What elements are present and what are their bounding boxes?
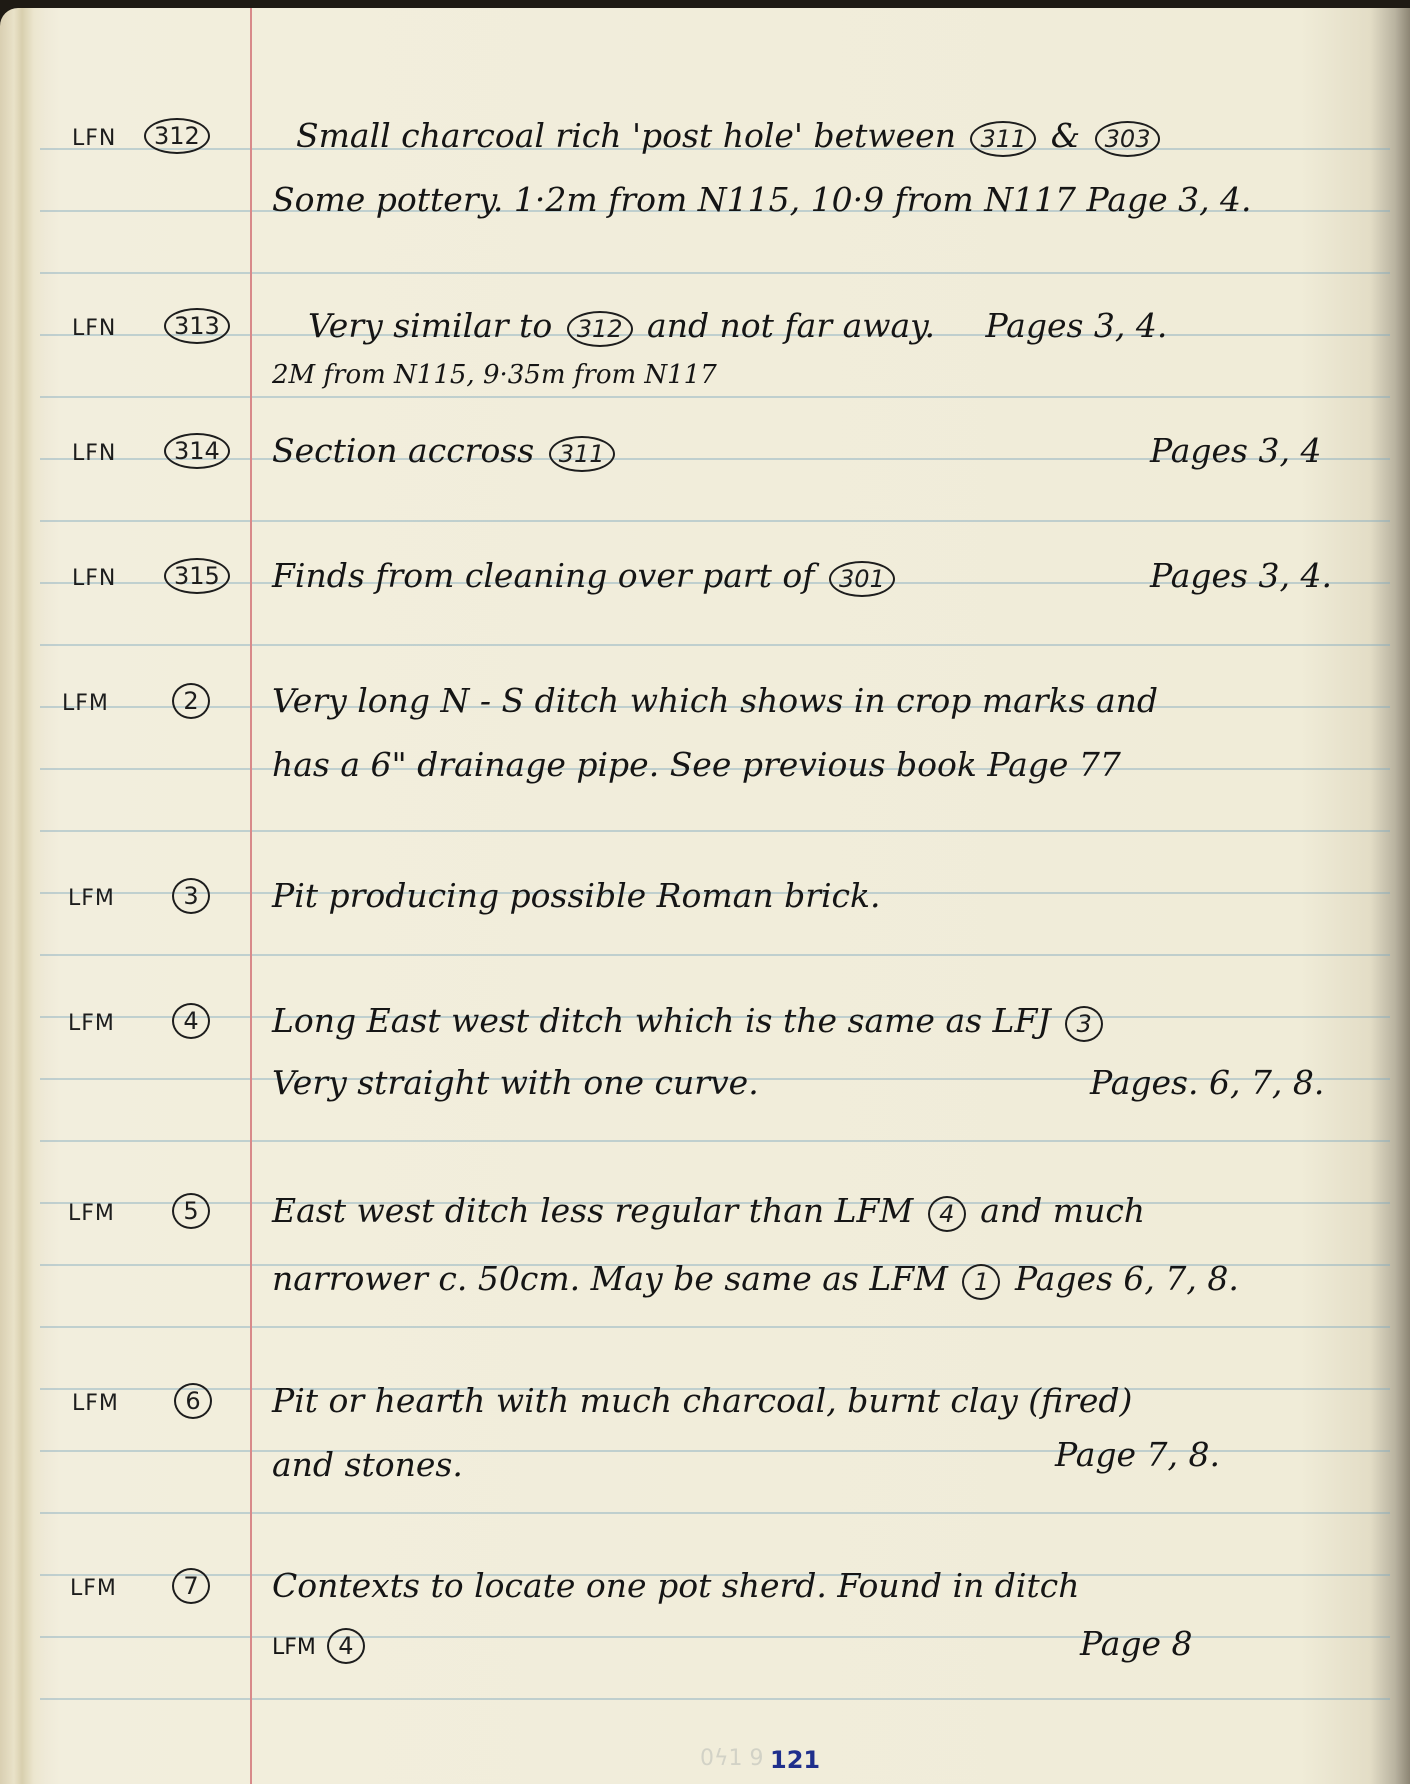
- context-number-circle: 313: [164, 308, 230, 344]
- red-margin-line: [250, 8, 252, 1784]
- ref-circle: 1: [962, 1264, 1000, 1300]
- context-number-circle: 314: [164, 433, 230, 469]
- ref-circle: 311: [549, 436, 615, 472]
- ref-circle: 303: [1095, 121, 1161, 157]
- ref-circle: 4: [327, 1628, 365, 1664]
- page-reference: Pages 3, 4: [1150, 431, 1321, 470]
- ref-circle: 311: [970, 121, 1036, 157]
- entry-line: Some pottery. 1·2m from N115, 10·9 from …: [272, 180, 1370, 219]
- entry-line: Very similar to 312 and not far away. Pa…: [272, 306, 1370, 347]
- entry-line: Contexts to locate one pot sherd. Found …: [272, 1566, 1370, 1605]
- entry-line: LFM 4: [272, 1628, 1370, 1664]
- context-prefix: LFM: [68, 1011, 115, 1036]
- context-prefix: LFN: [72, 441, 116, 466]
- entry-line: Very long N - S ditch which shows in cro…: [272, 681, 1370, 720]
- page-reference: Page 8: [1080, 1624, 1193, 1663]
- entry-line: Small charcoal rich 'post hole' between …: [272, 116, 1370, 157]
- entry-line: Long East west ditch which is the same a…: [272, 1001, 1370, 1042]
- entry-line: Pit or hearth with much charcoal, burnt …: [272, 1381, 1370, 1420]
- context-number-circle: 7: [172, 1568, 210, 1604]
- context-number-circle: 4: [172, 1003, 210, 1039]
- context-prefix: LFM: [72, 1391, 119, 1416]
- context-prefix: LFM: [68, 1201, 115, 1226]
- ref-circle: 301: [829, 561, 895, 597]
- context-prefix: LFN: [72, 566, 116, 591]
- ref-circle: 312: [567, 311, 633, 347]
- context-number-circle: 2: [172, 683, 210, 719]
- entry-line: East west ditch less regular than LFM 4 …: [272, 1191, 1370, 1232]
- ref-circle: 3: [1065, 1006, 1103, 1042]
- page-number: 121: [770, 1746, 820, 1774]
- page-reference: Pages. 6, 7, 8.: [1090, 1063, 1324, 1102]
- entry-line: has a 6" drainage pipe. See previous boo…: [272, 745, 1370, 784]
- ref-circle: 4: [928, 1196, 966, 1232]
- page-reference: Pages 3, 4.: [1150, 556, 1332, 595]
- page-reference: Page 7, 8.: [1055, 1435, 1220, 1474]
- entry-line: 2M from N115, 9·35m from N117: [272, 360, 1370, 390]
- show-through-text: 0ϟ1 9: [700, 1746, 764, 1771]
- context-prefix: LFM: [62, 691, 109, 716]
- notebook-page: LFN 312 Small charcoal rich 'post hole' …: [0, 8, 1410, 1784]
- context-prefix: LFM: [70, 1576, 117, 1601]
- context-prefix: LFN: [72, 316, 116, 341]
- entry-line: narrower c. 50cm. May be same as LFM 1 P…: [272, 1259, 1370, 1300]
- entry-line: Pit producing possible Roman brick.: [272, 876, 1370, 915]
- context-number-circle: 6: [174, 1383, 212, 1419]
- context-number-circle: 315: [164, 558, 230, 594]
- context-prefix: LFN: [72, 126, 116, 151]
- context-prefix: LFM: [68, 886, 115, 911]
- context-number-circle: 5: [172, 1193, 210, 1229]
- context-number-circle: 312: [144, 118, 210, 154]
- context-number-circle: 3: [172, 878, 210, 914]
